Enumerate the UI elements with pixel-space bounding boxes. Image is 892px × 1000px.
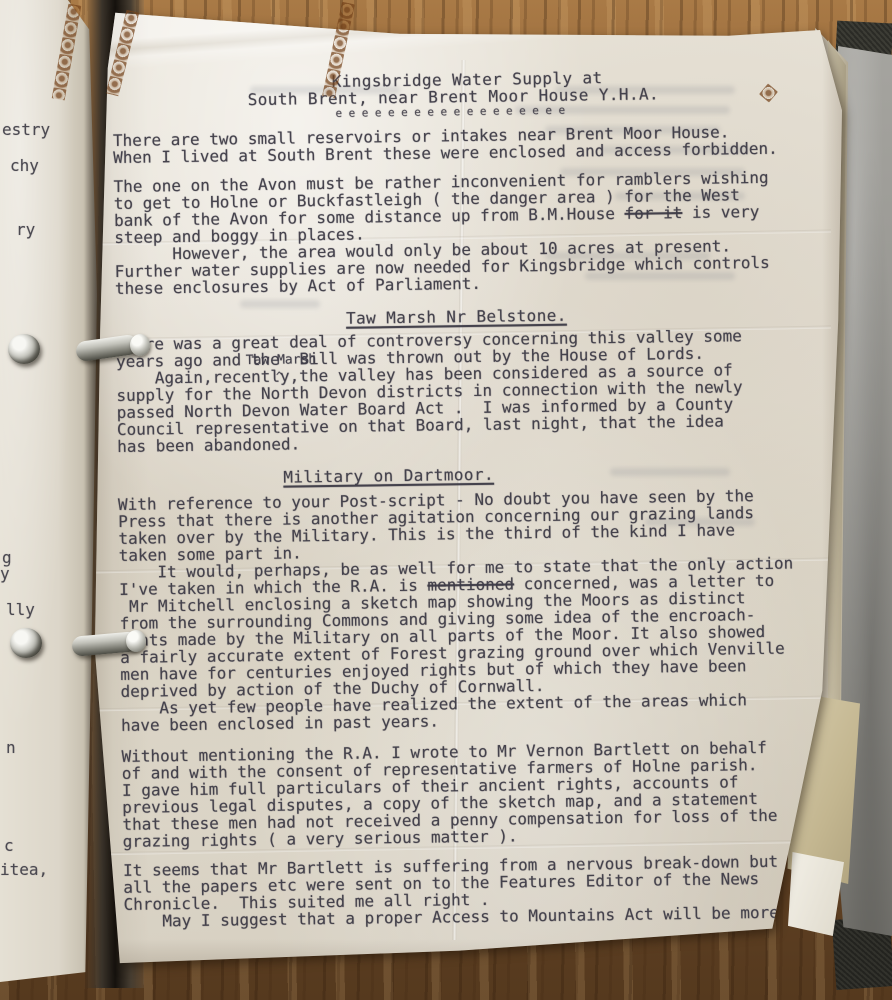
binder-ring-knob <box>10 628 42 658</box>
left-page-text-fragment: estry <box>2 120 50 139</box>
left-page-text-fragment: chy <box>10 156 39 175</box>
photo-of-binder: estrychyrygyllyncitea, Kingsbridge Water… <box>0 0 892 1000</box>
binder-ring-ball <box>126 630 146 652</box>
binder-ring-ball <box>130 334 150 356</box>
caret-mark: ^ <box>276 368 283 385</box>
left-page-text-fragment: lly <box>6 600 35 619</box>
typed-text: Kingsbridge Water Supply atSouth Brent, … <box>112 66 806 929</box>
typed-letter-page: Kingsbridge Water Supply atSouth Brent, … <box>85 8 842 965</box>
left-page-text-fragment: c <box>4 836 14 855</box>
typed-text-segment: has been abandoned. <box>117 434 300 456</box>
left-page: estrychyrygyllyncitea, <box>0 0 97 982</box>
typed-text-segment: is very <box>682 202 759 222</box>
left-page-text-fragment: y <box>0 564 10 583</box>
left-page-text-fragment: itea, <box>0 860 48 879</box>
struck-out-text: for it <box>624 203 682 223</box>
binder-ring-knob <box>8 334 40 364</box>
left-page-text-fragment: ry <box>16 220 35 239</box>
left-page-text-fragment: n <box>6 738 16 757</box>
